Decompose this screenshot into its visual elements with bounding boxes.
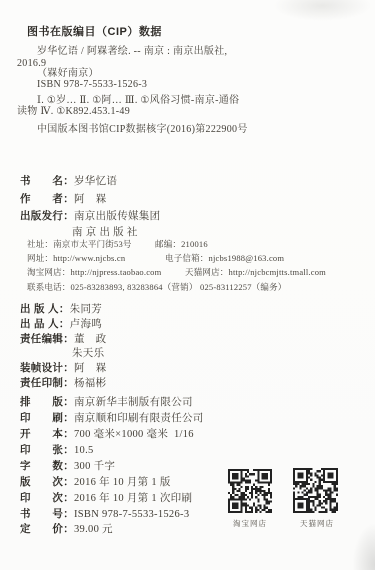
field-typesetting: 排 版：南京新华丰制版有限公司 xyxy=(20,396,193,409)
contact-website-row: 网址：http://www.njcbs.cn电子信箱：njcbs1988@163… xyxy=(27,253,125,263)
field-publisher-value2: 南 京 出 版 社 xyxy=(72,227,138,239)
contact-phone-row: 联系电话：025-83283893, 83283864（营销）025-83112… xyxy=(27,282,198,292)
field-title-label: 书 名： xyxy=(20,175,74,187)
field-designer: 装帧设计：阿 槑 xyxy=(20,362,106,375)
field-author-label: 作 者： xyxy=(20,193,74,205)
field-title: 书 名：岁华忆语 xyxy=(20,175,117,188)
field-author-value: 阿 槑 xyxy=(74,194,106,205)
qr-tmall-label: 天猫网店 xyxy=(287,518,347,529)
cip-isbn-line: ISBN 978-7-5533-1526-3 xyxy=(37,79,147,91)
field-title-value: 岁华忆语 xyxy=(74,176,117,187)
contact-stores-row: 淘宝网店：http://njpress.taobao.com天猫网店：http:… xyxy=(27,267,161,277)
contact-postcode: 邮编：210016 xyxy=(155,239,208,249)
field-editor-value2: 朱天乐 xyxy=(72,348,104,360)
contact-phone: 联系电话：025-83283893, 83283864（营销） xyxy=(27,282,198,292)
field-format: 开 本：700 毫米×1000 毫米 1/16 xyxy=(20,428,194,441)
field-author: 作 者：阿 槑 xyxy=(20,193,106,206)
field-edition: 版 次：2016 年 10 月第 1 版 xyxy=(20,476,171,489)
cip-header: 图书在版编目（CIP）数据 xyxy=(27,26,162,38)
field-printing: 印 刷：南京顺和印刷有限责任公司 xyxy=(20,412,204,425)
contact-address-row: 社址：南京市太平门街53号邮编：210016 xyxy=(27,239,132,249)
qr-code-tmall-icon xyxy=(293,468,338,513)
field-publisher: 出版发行：南京出版传媒集团 xyxy=(20,210,160,223)
field-price: 定 价：39.00 元 xyxy=(20,523,113,536)
field-publisher-person: 出 版 人：朱同芳 xyxy=(20,303,102,316)
cip-class-line2: 读物 Ⅳ. ①K892.453.1-49 xyxy=(17,106,130,118)
field-print-supervisor: 责任印制：杨福彬 xyxy=(20,377,106,390)
contact-taobao-url: 淘宝网店：http://njpress.taobao.com xyxy=(27,267,161,277)
cip-record-number: 中国版本图书馆CIP数据核字(2016)第222900号 xyxy=(37,124,248,136)
field-word-count: 字 数：300 千字 xyxy=(20,460,115,473)
contact-phone2: 025-83112257（编务） xyxy=(200,282,286,292)
field-editor: 责任编辑：董 政 xyxy=(20,333,106,346)
field-book-number: 书 号：ISBN 978-7-5533-1526-3 xyxy=(20,508,189,521)
contact-address: 社址：南京市太平门街53号 xyxy=(27,239,132,249)
copyright-page: 图书在版编目（CIP）数据 岁华忆语 / 阿槑著绘. -- 南京 : 南京出版社… xyxy=(0,0,375,570)
contact-tmall-url: 天猫网店：http://njcbcmjtts.tmall.com xyxy=(185,267,326,277)
contact-email: 电子信箱：njcbs1988@163.com xyxy=(165,253,284,263)
qr-code-taobao-icon xyxy=(228,469,272,513)
field-publisher-value: 南京出版传媒集团 xyxy=(74,211,160,222)
qr-taobao-label: 淘宝网店 xyxy=(220,518,280,529)
field-impression: 印 次：2016 年 10 月第 1 次印刷 xyxy=(20,492,192,505)
field-publisher-label: 出版发行： xyxy=(20,210,74,222)
contact-website: 网址：http://www.njcbs.cn xyxy=(27,253,125,263)
cip-entry-line1: 岁华忆语 / 阿槑著绘. -- 南京 : 南京出版社, xyxy=(37,46,227,58)
field-sheets: 印 张：10.5 xyxy=(20,444,94,457)
field-producer: 出 品 人：卢海鸣 xyxy=(20,318,102,331)
